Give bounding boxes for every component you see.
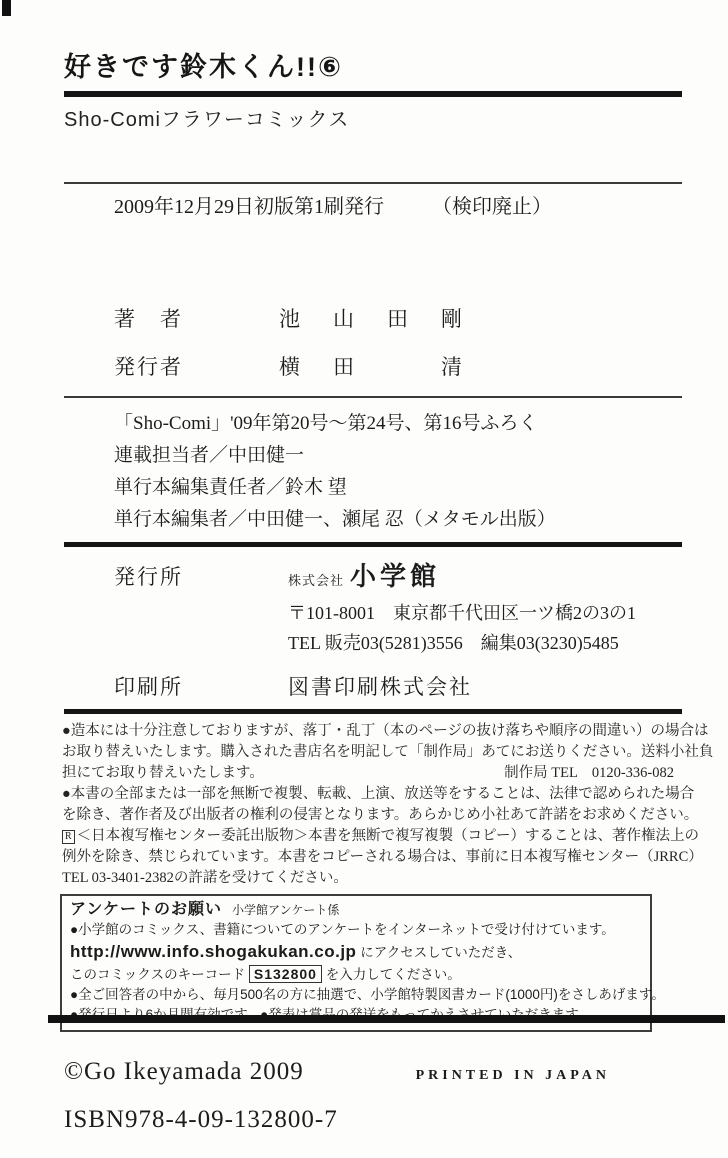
legal-notices: ●造本には十分注意しておりますが、落丁・乱丁（本のページの抜け落ちや順序の間違い… [62,721,682,889]
survey-keycode-prefix: このコミックスのキーコード [70,967,245,982]
edition-date: 2009年12月29日初版第1刷発行 [114,196,384,218]
serial-rule [64,396,682,398]
tankobon-chief-line: 単行本編集責任者／鈴木 望 [114,472,682,504]
edition-note: （検印廃止） [432,196,552,218]
notice-copyright-1: ●本書の全部または一部を無断で複製、転載、上演、放送等をすることは、法律で認めら… [62,784,682,805]
notice-defects-3-text: 担にてお取り替えいたします。 [62,763,264,784]
survey-prize-line: ●全ご回答者の中から、毎月500名の方に抽選で、小学館特製図書カード(1000円… [70,985,642,1005]
survey-url-suffix: にアクセスしていただき、 [356,945,521,960]
author-row: 著 者 池 山 田 剛 [114,304,682,334]
scan-corner-mark [2,0,11,16]
footer-section: ©Go Ikeyamada 2009 PRINTED IN JAPAN ISBN… [64,1056,682,1136]
isbn-text: ISBN978-4-09-132800-7 [64,1104,682,1136]
serial-info: 「Sho-Comi」'09年第20号〜第24号、第16号ふろく 連載担当者／中田… [64,408,682,536]
author-name: 池 山 田 剛 [279,304,468,334]
publisher-details: 株式会社小学館 〒101-8001 東京都千代田区一ツ橋2の3の1 TEL 販売… [288,560,636,658]
serial-source-line: 「Sho-Comi」'09年第20号〜第24号、第16号ふろく [114,408,682,440]
copyright-text: ©Go Ikeyamada 2009 [64,1056,304,1088]
notice-jrrc-3: TEL 03-3401-2382の許諾を受けてください。 [62,868,682,889]
publisher-company: 株式会社小学館 [288,560,636,598]
survey-subtitle: 小学館アンケート係 [232,903,339,917]
issuer-name: 横 田 清 [279,352,468,382]
colophon-page: 好きです鈴木くん!!⑥ Sho-Comiフラワーコミックス 2009年12月29… [0,0,728,1158]
publisher-tel: TEL 販売03(5281)3556 編集03(3230)5485 [288,628,636,658]
publisher-label: 発行所 [114,560,288,658]
printer-section: 印刷所 図書印刷株式会社 [64,672,682,702]
notice-jrrc-2: 例外を除き、禁じられています。本書をコピーされる場合は、事前に日本複写権センター… [62,847,682,868]
publisher-section: 発行所 株式会社小学館 〒101-8001 東京都千代田区一ツ橋2の3の1 TE… [64,560,682,658]
printer-label: 印刷所 [114,672,288,702]
notice-jrrc-1: R＜日本複写権センター委託出版物＞本書を無断で複写複製（コピー）することは、著作… [62,826,682,847]
footer-rule [48,1015,725,1023]
roles-section: 著 者 池 山 田 剛 発行者 横 田 清 [64,304,682,382]
copyright-row: ©Go Ikeyamada 2009 PRINTED IN JAPAN [64,1056,682,1092]
survey-title: アンケートのお願い [70,901,222,918]
issuer-label: 発行者 [114,352,279,382]
survey-title-row: アンケートのお願い小学館アンケート係 [70,900,642,920]
notice-jrrc-1-text: ＜日本複写権センター委託出版物＞本書を無断で複写複製（コピー）することは、著作権… [77,828,699,844]
production-dept-tel: 制作局 TEL 0120-336-082 [504,763,674,784]
printer-name: 図書印刷株式会社 [288,672,472,702]
notice-copyright-2: を除き、著作者及び出版者の権利の侵害となります。あらかじめ小社あて許諾をお求めく… [62,805,682,826]
publisher-address: 〒101-8001 東京都千代田区一ツ橋2の3の1 [288,598,636,628]
issuer-row: 発行者 横 田 清 [114,352,682,382]
title-rule [64,91,682,97]
notices-rule [64,709,682,714]
registered-mark-icon: R [62,830,75,844]
publisher-rule [64,542,682,547]
survey-url: http://www.info.shogakukan.co.jp [70,942,356,961]
book-title: 好きです鈴木くん!!⑥ [64,50,682,84]
survey-intro-line: ●小学館のコミックス、書籍についてのアンケートをインターネットで受け付けています… [70,920,642,940]
survey-keycode-suffix: を入力してください。 [326,967,461,982]
edition-rule [64,182,682,184]
notice-defects-1: ●造本には十分注意しておりますが、落丁・乱丁（本のページの抜け落ちや順序の間違い… [62,721,682,742]
notice-defects-3: 担にてお取り替えいたします。 制作局 TEL 0120-336-082 [62,763,674,784]
tankobon-editors-line: 単行本編集者／中田健一、瀬尾 忍（メタモル出版） [114,504,682,536]
survey-keycode: S132800 [249,965,322,983]
author-label: 著 者 [114,304,279,334]
imprint-line: Sho-Comiフラワーコミックス [64,107,682,133]
survey-keycode-line: このコミックスのキーコード S132800 を入力してください。 [70,964,642,985]
survey-url-line: http://www.info.shogakukan.co.jp にアクセスして… [70,940,642,964]
printed-in-japan: PRINTED IN JAPAN [416,1060,610,1092]
publisher-company-prefix: 株式会社 [288,573,344,588]
publisher-company-name: 小学館 [350,562,440,591]
serial-editor-line: 連載担当者／中田健一 [114,440,682,472]
edition-row: 2009年12月29日初版第1刷発行（検印廃止） [64,192,682,222]
colophon-content: 好きです鈴木くん!!⑥ Sho-Comiフラワーコミックス 2009年12月29… [0,0,728,1136]
survey-request-box: アンケートのお願い小学館アンケート係 ●小学館のコミックス、書籍についてのアンケ… [60,894,652,1032]
notice-defects-2: お取り替えいたします。購入された書店名を明記して「制作局」あてにお送りください。… [62,742,682,763]
